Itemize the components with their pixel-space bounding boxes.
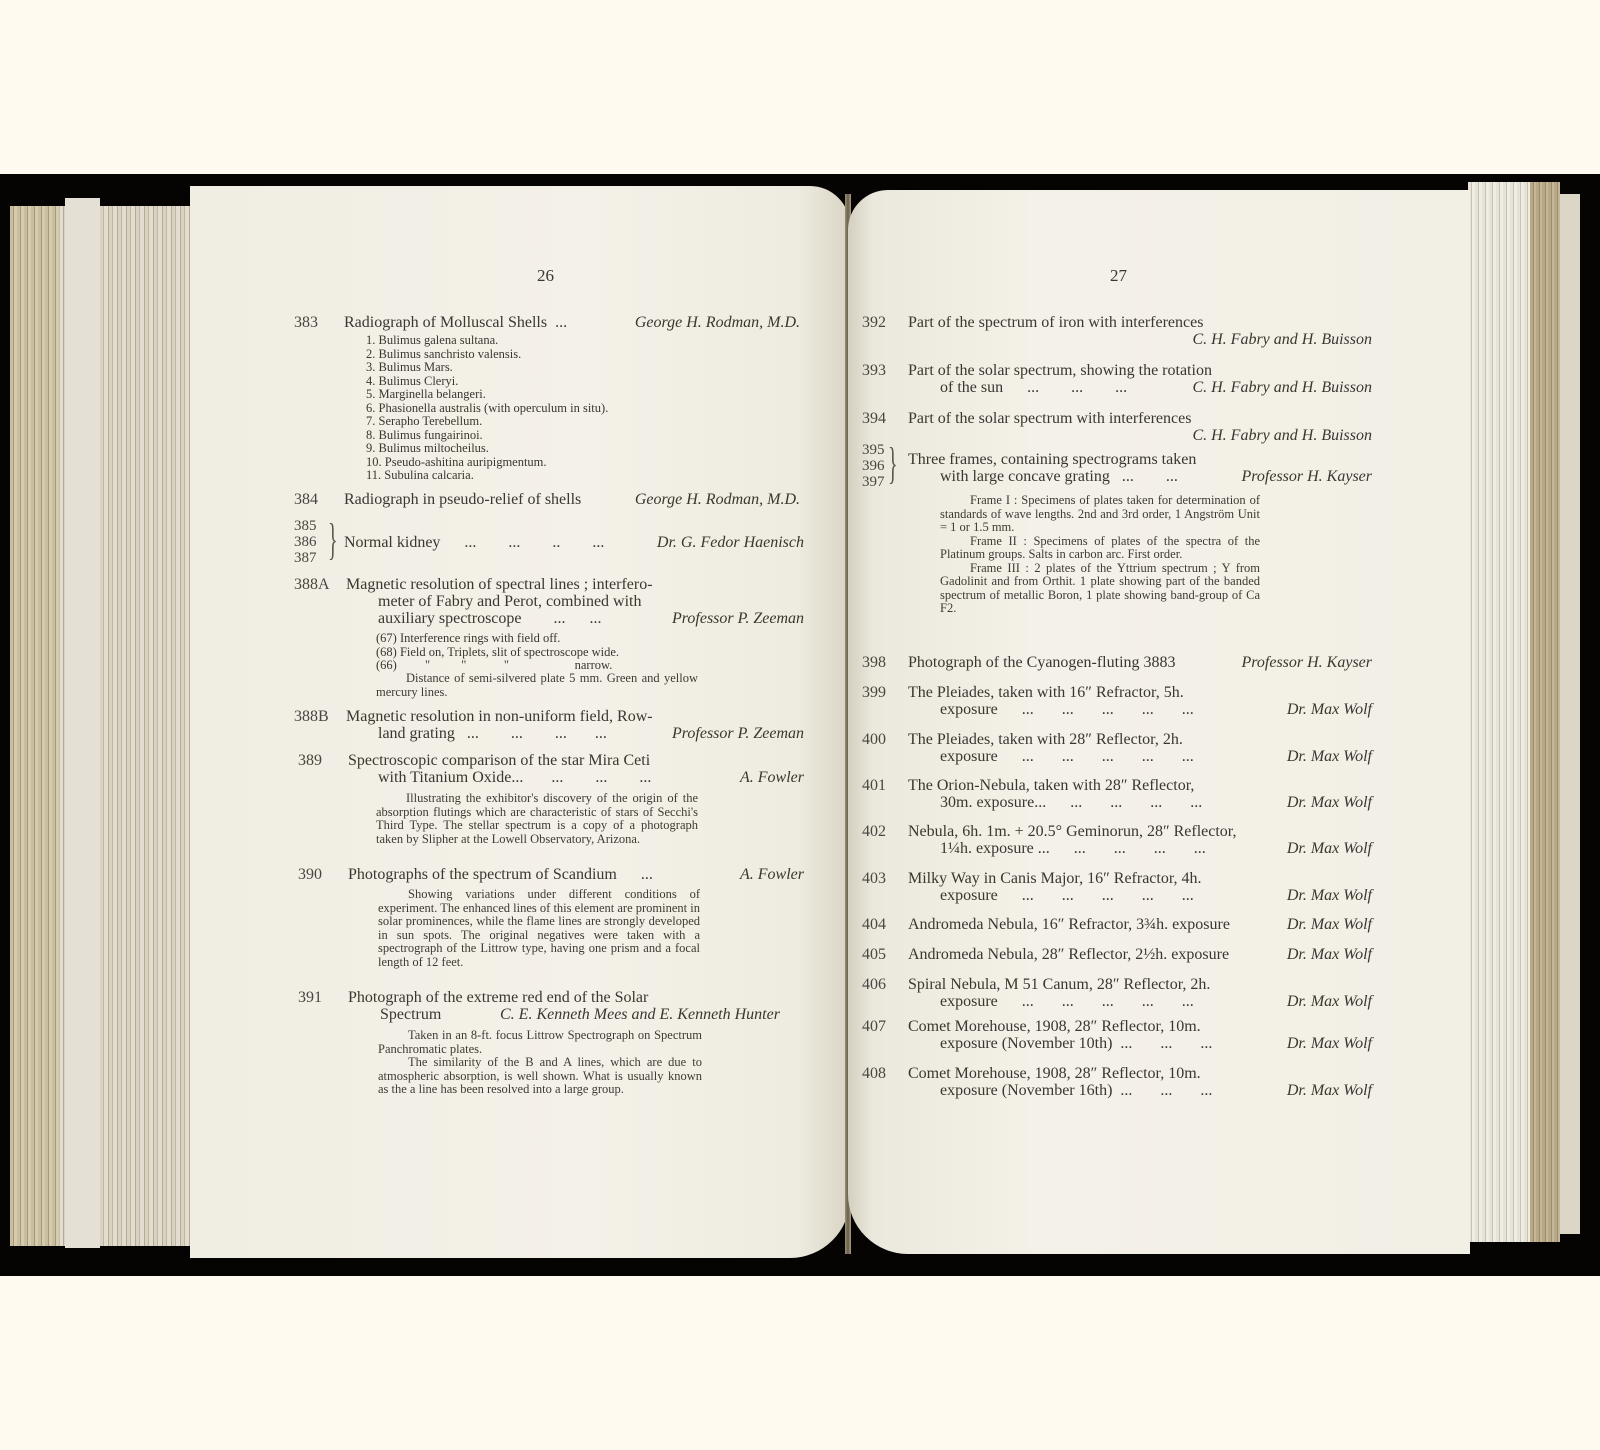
catalogue-entry-388b: 388B Magnetic resolution in non-uniform … <box>294 708 814 748</box>
catalogue-entry-404: 404 Andromeda Nebula, 16″ Refractor, 3¾h… <box>862 916 1372 936</box>
entry-title-continuation: with Titanium Oxide... ... ... ... <box>378 769 651 786</box>
catalogue-entry-401: 401 The Orion-Nebula, taken with 28″ Ref… <box>862 777 1372 817</box>
entry-title: The Orion-Nebula, taken with 28″ Reflect… <box>908 777 1194 794</box>
entry-number: 385 <box>294 518 317 534</box>
catalogue-entry-384: 384 Radiograph in pseudo-relief of shell… <box>294 491 814 511</box>
entry-number: 391 <box>298 989 322 1006</box>
entry-author: George H. Rodman, M.D. <box>635 314 800 331</box>
entry-number: 406 <box>862 976 886 993</box>
entry-number: 401 <box>862 777 886 794</box>
entry-title: Comet Morehouse, 1908, 28″ Reflector, 10… <box>908 1018 1201 1035</box>
entry-number: 386 <box>294 534 317 550</box>
entry-title: Three frames, containing spectrograms ta… <box>908 451 1196 468</box>
entry-number: 393 <box>862 362 886 379</box>
entry-title: Part of the spectrum of iron with interf… <box>908 314 1203 331</box>
list-item: (67) Interference rings with field off. <box>376 632 619 646</box>
entry-title-continuation: exposure (November 16th) ... ... ... <box>940 1082 1212 1099</box>
entry-number-group: 385 386 387 <box>294 518 317 566</box>
entry-note: Taken in an 8-ft. focus Littrow Spectrog… <box>378 1029 702 1097</box>
page-number: 27 <box>1110 266 1127 286</box>
entry-number: 400 <box>862 731 886 748</box>
list-item: 4. Bulimus Cleryi. <box>366 375 608 389</box>
catalogue-entry-388a: 388A Magnetic resolution of spectral lin… <box>294 576 814 706</box>
entry-title: Photograph of the extreme red end of the… <box>348 989 648 1006</box>
list-item: (68) Field on, Triplets, slit of spectro… <box>376 646 619 660</box>
catalogue-entry-402: 402 Nebula, 6h. 1m. + 20.5° Geminorun, 2… <box>862 823 1372 863</box>
entry-author: A. Fowler <box>740 866 804 883</box>
right-edge-slip <box>1560 194 1580 1234</box>
book-scan: 26 383 Radiograph of Molluscal Shells ..… <box>0 174 1600 1276</box>
entry-title-continuation: exposure ... ... ... ... ... <box>940 748 1194 765</box>
note-text: Illustrating the exhibitor's discovery o… <box>376 792 698 846</box>
entry-number: 408 <box>862 1065 886 1082</box>
left-edge-band <box>10 206 60 1246</box>
entry-note: Distance of semi-silvered plate 5 mm. Gr… <box>376 672 698 699</box>
entry-number: 403 <box>862 870 886 887</box>
note-text: The similarity of the B and A lines, whi… <box>378 1056 702 1097</box>
shell-list: 1. Bulimus galena sultana. 2. Bulimus sa… <box>366 334 608 483</box>
entry-title-continuation: 1¼h. exposure ... ... ... ... ... <box>940 840 1206 857</box>
entry-author: Professor H. Kayser <box>1241 468 1372 485</box>
entry-number-group: 395 396 397 <box>862 442 885 490</box>
entry-number: 402 <box>862 823 886 840</box>
entry-number: 407 <box>862 1018 886 1035</box>
entry-title: Milky Way in Canis Major, 16″ Refractor,… <box>908 870 1202 887</box>
list-item: 3. Bulimus Mars. <box>366 361 608 375</box>
catalogue-entry-383: 383 Radiograph of Molluscal Shells ... G… <box>294 314 814 484</box>
entry-title-continuation: exposure ... ... ... ... ... <box>940 993 1194 1010</box>
list-item: 9. Bulimus miltocheilus. <box>366 442 608 456</box>
right-page: 27 392 Part of the spectrum of iron with… <box>848 190 1470 1254</box>
entry-author: George H. Rodman, M.D. <box>635 491 800 508</box>
entry-title: Nebula, 6h. 1m. + 20.5° Geminorun, 28″ R… <box>908 823 1237 840</box>
catalogue-entry-390: 390 Photographs of the spectrum of Scand… <box>294 866 814 986</box>
list-item: 7. Serapho Terebellum. <box>366 415 608 429</box>
entry-author: A. Fowler <box>740 769 804 786</box>
catalogue-entry-399: 399 The Pleiades, taken with 16″ Refract… <box>862 684 1372 724</box>
entry-title: Comet Morehouse, 1908, 28″ Reflector, 10… <box>908 1065 1201 1082</box>
catalogue-entry-389: 389 Spectroscopic comparison of the star… <box>294 752 814 862</box>
entry-title-continuation: exposure ... ... ... ... ... <box>940 701 1194 718</box>
right-edge-band <box>1530 182 1560 1242</box>
list-item: 2. Bulimus sanchristo valensis. <box>366 348 608 362</box>
note-text: Taken in an 8-ft. focus Littrow Spectrog… <box>378 1029 702 1056</box>
entry-title-continuation: exposure ... ... ... ... ... <box>940 887 1194 904</box>
catalogue-entry-406: 406 Spiral Nebula, M 51 Canum, 28″ Refle… <box>862 976 1372 1016</box>
entry-title-continuation: of the sun ... ... ... <box>940 379 1127 396</box>
entry-author: Dr. Max Wolf <box>1287 1082 1372 1099</box>
entry-number: 397 <box>862 474 885 490</box>
entry-number: 405 <box>862 946 886 963</box>
entry-number: 394 <box>862 410 886 427</box>
entry-author: Dr. Max Wolf <box>1287 887 1372 904</box>
left-page: 26 383 Radiograph of Molluscal Shells ..… <box>190 186 850 1258</box>
plate-list: (67) Interference rings with field off. … <box>376 632 619 673</box>
entry-title: Part of the solar spectrum, showing the … <box>908 362 1212 379</box>
left-edge-flat <box>65 198 100 1248</box>
catalogue-entry-398: 398 Photograph of the Cyanogen-fluting 3… <box>862 654 1372 674</box>
entry-number: 399 <box>862 684 886 701</box>
catalogue-entry-405: 405 Andromeda Nebula, 28″ Reflector, 2½h… <box>862 946 1372 966</box>
entry-title-continuation: exposure (November 10th) ... ... ... <box>940 1035 1212 1052</box>
entry-number: 388B <box>294 708 329 725</box>
entry-note: Showing variations under different condi… <box>378 888 700 969</box>
entry-number: 387 <box>294 550 317 566</box>
list-item: 6. Phasionella australis (with operculum… <box>366 402 608 416</box>
entry-title: Andromeda Nebula, 28″ Reflector, 2½h. ex… <box>908 946 1229 963</box>
entry-author: Dr. Max Wolf <box>1287 748 1372 765</box>
entry-title: Photograph of the Cyanogen-fluting 3883 <box>908 654 1176 671</box>
entry-title: Spiral Nebula, M 51 Canum, 28″ Reflector… <box>908 976 1210 993</box>
entry-number: 392 <box>862 314 886 331</box>
note-text: Frame II : Specimens of plates of the sp… <box>940 535 1260 562</box>
entry-title: Magnetic resolution of spectral lines ; … <box>346 576 653 593</box>
catalogue-entry-407: 407 Comet Morehouse, 1908, 28″ Reflector… <box>862 1018 1372 1058</box>
entry-number: 390 <box>298 866 322 883</box>
entry-author: Dr. Max Wolf <box>1287 794 1372 811</box>
entry-title-continuation: land grating ... ... ... ... <box>378 725 607 742</box>
entry-author: Dr. Max Wolf <box>1287 840 1372 857</box>
entry-author: Dr. Max Wolf <box>1287 946 1372 963</box>
entry-author: Dr. Max Wolf <box>1287 1035 1372 1052</box>
catalogue-entry-392: 392 Part of the spectrum of iron with in… <box>862 314 1372 354</box>
list-item: 8. Bulimus fungairinoi. <box>366 429 608 443</box>
entry-author: Professor H. Kayser <box>1241 654 1372 671</box>
catalogue-entry-408: 408 Comet Morehouse, 1908, 28″ Reflector… <box>862 1065 1372 1105</box>
entry-title: Magnetic resolution in non-uniform field… <box>346 708 653 725</box>
entry-title-continuation: Spectrum <box>380 1006 441 1023</box>
entry-title-continuation: with large concave grating ... ... <box>940 468 1178 485</box>
list-item: 11. Subulina calcaria. <box>366 469 608 483</box>
note-text: Frame III : 2 plates of the Yttrium spec… <box>940 562 1260 616</box>
entry-title: Part of the solar spectrum with interfer… <box>908 410 1191 427</box>
entry-title: Normal kidney ... ... .. ... <box>344 534 604 551</box>
entry-number: 404 <box>862 916 886 933</box>
entry-author: Dr. Max Wolf <box>1287 993 1372 1010</box>
entry-title-continuation: meter of Fabry and Perot, combined with <box>378 593 642 610</box>
entry-number: 389 <box>298 752 322 769</box>
entry-note: Illustrating the exhibitor's discovery o… <box>376 792 698 846</box>
brace-icon: } <box>328 518 338 562</box>
entry-notes: Frame I : Specimens of plates taken for … <box>940 494 1260 616</box>
right-page-edges <box>1468 182 1560 1242</box>
note-text: Showing variations under different condi… <box>378 888 700 969</box>
note-text: Distance of semi-silvered plate 5 mm. Gr… <box>376 672 698 699</box>
entry-number: 398 <box>862 654 886 671</box>
entry-number: 383 <box>294 314 318 331</box>
entry-number: 396 <box>862 458 885 474</box>
entry-number: 388A <box>294 576 330 593</box>
entry-title: Photographs of the spectrum of Scandium … <box>348 866 653 883</box>
entry-title: Radiograph in pseudo-relief of shells <box>344 491 581 508</box>
entry-author: C. H. Fabry and H. Buisson <box>1192 331 1372 348</box>
entry-author: C. H. Fabry and H. Buisson <box>1192 379 1372 396</box>
entry-author: Dr. Max Wolf <box>1287 701 1372 718</box>
brace-icon: } <box>888 442 898 486</box>
catalogue-entry-393: 393 Part of the solar spectrum, showing … <box>862 362 1372 402</box>
entry-title: The Pleiades, taken with 28″ Reflector, … <box>908 731 1183 748</box>
entry-author: Dr. G. Fedor Haenisch <box>657 534 804 551</box>
entry-title: Spectroscopic comparison of the star Mir… <box>348 752 650 769</box>
entry-title-continuation: 30m. exposure... ... ... ... ... <box>940 794 1202 811</box>
entry-title: The Pleiades, taken with 16″ Refractor, … <box>908 684 1184 701</box>
entry-title-continuation: auxiliary spectroscope ... ... <box>378 610 602 627</box>
catalogue-entry-395-397: 395 396 397 } Three frames, containing s… <box>862 442 1372 632</box>
catalogue-entry-391: 391 Photograph of the extreme red end of… <box>294 989 834 1109</box>
note-text: Frame I : Specimens of plates taken for … <box>940 494 1260 535</box>
entry-number: 395 <box>862 442 885 458</box>
catalogue-entry-385-387: 385 386 387 } Normal kidney ... ... .. .… <box>294 518 814 568</box>
left-page-edges <box>10 206 200 1246</box>
entry-author: Professor P. Zeeman <box>672 610 804 627</box>
catalogue-entry-400: 400 The Pleiades, taken with 28″ Reflect… <box>862 731 1372 771</box>
entry-number: 384 <box>294 491 318 508</box>
page-number: 26 <box>537 266 554 286</box>
catalogue-entry-403: 403 Milky Way in Canis Major, 16″ Refrac… <box>862 870 1372 910</box>
entry-author: Dr. Max Wolf <box>1287 916 1372 933</box>
entry-title: Radiograph of Molluscal Shells ... <box>344 314 567 331</box>
entry-author: Professor P. Zeeman <box>672 725 804 742</box>
list-item: 5. Marginella belangeri. <box>366 388 608 402</box>
list-item: 1. Bulimus galena sultana. <box>366 334 608 348</box>
entry-title: Andromeda Nebula, 16″ Refractor, 3¾h. ex… <box>908 916 1230 933</box>
entry-author: C. E. Kenneth Mees and E. Kenneth Hunter <box>500 1006 780 1023</box>
list-item: 10. Pseudo-ashitina auripigmentum. <box>366 456 608 470</box>
